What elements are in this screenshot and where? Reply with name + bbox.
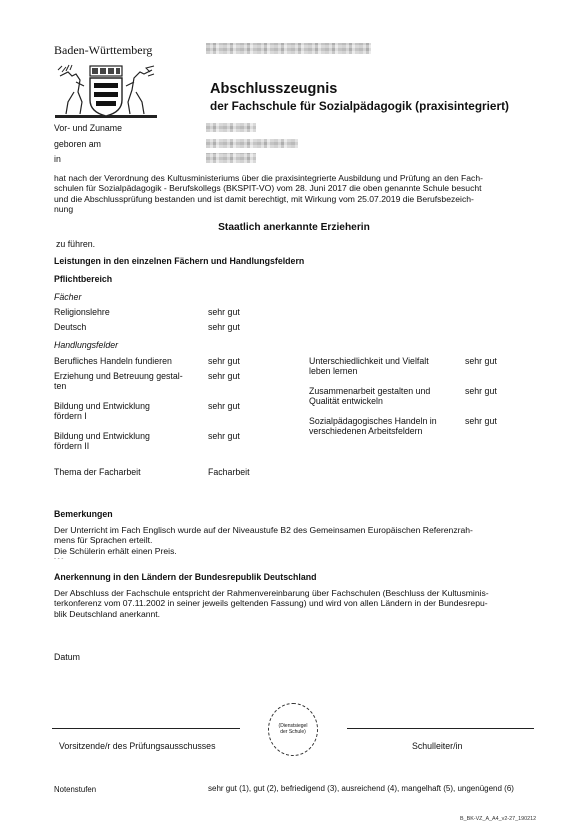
official-seal-placeholder: (Dienstsiegel der Schule) <box>268 703 318 756</box>
intro-line: und die Abschlussprüfung bestanden und i… <box>54 194 534 204</box>
recognition-line: terkonferenz vom 07.11.2002 in seiner je… <box>54 598 544 608</box>
recognition-line: blik Deutschland anerkannt. <box>54 609 544 619</box>
grading-scale-label: Notenstufen <box>54 785 96 795</box>
signature-line-right <box>347 728 534 729</box>
field-grade: sehr gut <box>208 401 240 412</box>
field-name-line: Unterschiedlichkeit und Vielfalt <box>309 356 429 366</box>
remarks-line: Die Schülerin erhält einen Preis. <box>54 546 534 556</box>
field-grade: sehr gut <box>208 431 240 442</box>
field-name-line: verschiedenen Arbeitsfeldern <box>309 426 437 436</box>
recognition-heading: Anerkennung in den Ländern der Bundesrep… <box>54 572 316 583</box>
left-signer-label: Vorsitzende/r des Prüfungsausschusses <box>59 741 215 752</box>
seal-text-line: der Schule) <box>279 730 308 736</box>
field-name-line: Zusammenarbeit gestalten und <box>309 386 430 396</box>
field-name-line: fördern I <box>54 411 150 421</box>
professional-title: Staatlich anerkannte Erzieherin <box>0 222 588 234</box>
birthdate-label: geboren am <box>54 139 101 150</box>
field-grade: sehr gut <box>465 386 497 397</box>
intro-line: hat nach der Verordnung des Kultusminist… <box>54 173 534 183</box>
birthplace-value-redacted <box>206 153 256 163</box>
field-name-line: fördern II <box>54 441 150 451</box>
subject-grade: sehr gut <box>208 322 240 333</box>
remarks-line: mens für Sprachen erteilt. <box>54 535 534 545</box>
remarks-line: Der Unterricht im Fach Englisch wurde au… <box>54 525 534 535</box>
birthplace-label: in <box>54 154 61 165</box>
field-grade: sehr gut <box>208 356 240 367</box>
field-name: Erziehung und Betreuung gestal- ten <box>54 371 183 392</box>
handlungsfelder-label: Handlungsfelder <box>54 340 118 351</box>
grading-scale-text: sehr gut (1), gut (2), befriedigend (3),… <box>208 784 514 794</box>
field-name: Bildung und Entwicklung fördern I <box>54 401 150 422</box>
field-name: Unterschiedlichkeit und Vielfalt leben l… <box>309 356 429 377</box>
right-signer-label: Schulleiter/in <box>412 741 462 752</box>
field-name: Bildung und Entwicklung fördern II <box>54 431 150 452</box>
field-grade: sehr gut <box>465 356 497 367</box>
document-subtitle: der Fachschule für Sozialpädagogik (prax… <box>210 99 509 113</box>
field-name-line: ten <box>54 381 183 391</box>
remarks-heading: Bemerkungen <box>54 509 113 520</box>
remarks-text: Der Unterricht im Fach Englisch wurde au… <box>54 525 534 563</box>
subject-name: Religionslehre <box>54 307 110 317</box>
performance-heading: Leistungen in den einzelnen Fächern und … <box>54 256 304 267</box>
state-name: Baden-Württemberg <box>54 43 152 58</box>
field-name: Berufliches Handeln fundieren <box>54 356 172 366</box>
thesis-label: Thema der Facharbeit <box>54 467 141 477</box>
recognition-text: Der Abschluss der Fachschule entspricht … <box>54 588 544 619</box>
form-code: B_BK-VZ_A_A4_v2-27_190212 <box>460 816 536 823</box>
field-name-line: Berufliches Handeln fundieren <box>54 356 172 366</box>
birthdate-value-redacted <box>206 139 298 148</box>
zu-fuehren-text: zu führen. <box>56 239 95 250</box>
remarks-line: - - - <box>54 556 534 563</box>
field-name-line: Qualität entwickeln <box>309 396 430 406</box>
date-label: Datum <box>54 652 80 663</box>
field-name-line: Bildung und Entwicklung <box>54 431 150 441</box>
coat-of-arms-icon <box>54 62 158 120</box>
name-value-redacted <box>206 123 256 132</box>
intro-line: nung <box>54 204 534 214</box>
pflichtbereich-heading: Pflichtbereich <box>54 274 112 285</box>
school-name-redacted <box>206 43 371 54</box>
thesis-value: Facharbeit <box>208 467 250 478</box>
field-name: Zusammenarbeit gestalten und Qualität en… <box>309 386 430 407</box>
field-grade: sehr gut <box>208 371 240 382</box>
field-name-line: Bildung und Entwicklung <box>54 401 150 411</box>
subject-grade: sehr gut <box>208 307 240 318</box>
field-name-line: leben lernen <box>309 366 429 376</box>
subject-name: Deutsch <box>54 322 86 332</box>
recognition-line: Der Abschluss der Fachschule entspricht … <box>54 588 544 598</box>
signature-line-left <box>52 728 240 729</box>
field-name: Sozialpädagogisches Handeln in verschied… <box>309 416 437 437</box>
intro-line: schulen für Sozialpädagogik - Berufskoll… <box>54 183 534 193</box>
intro-paragraph: hat nach der Verordnung des Kultusminist… <box>54 173 534 214</box>
name-label: Vor- und Zuname <box>54 123 122 134</box>
document-title: Abschlusszeugnis <box>210 81 337 99</box>
field-name-line: Erziehung und Betreuung gestal- <box>54 371 183 381</box>
field-grade: sehr gut <box>465 416 497 427</box>
faecher-label: Fächer <box>54 292 81 303</box>
field-name-line: Sozialpädagogisches Handeln in <box>309 416 437 426</box>
